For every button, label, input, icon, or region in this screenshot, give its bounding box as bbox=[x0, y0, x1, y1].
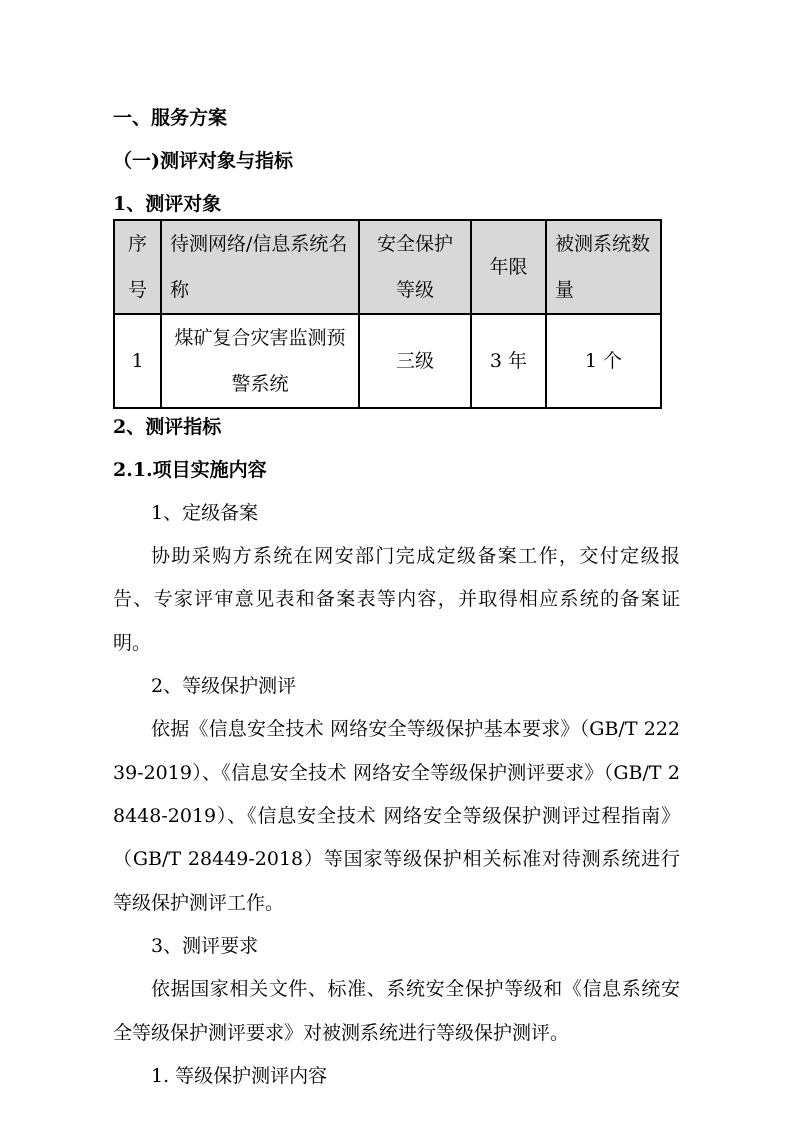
paragraph-evaluation-requirements: 依据国家相关文件、标准、系统安全保护等级和《信息系统安全等级保护测评要求》对被测… bbox=[113, 968, 680, 1055]
document-page: 一、服务方案 （一)测评对象与指标 1、测评对象 序号 待测网络/信息系统名称 … bbox=[0, 0, 793, 1122]
paragraph-graded-protection-evaluation: 依据《信息安全技术 网络安全等级保护基本要求》（GB/T 22239-2019）… bbox=[113, 708, 680, 925]
item-title-graded-protection-evaluation: 2、等级保护测评 bbox=[113, 665, 680, 708]
table-header-level: 安全保护等级 bbox=[359, 220, 471, 314]
heading-service-plan: 一、服务方案 bbox=[113, 97, 680, 140]
table-header-row: 序号 待测网络/信息系统名称 安全保护等级 年限 被测系统数量 bbox=[114, 220, 661, 314]
cell-seq: 1 bbox=[114, 314, 161, 408]
list-item-evaluation-content: 1. 等级保护测评内容 bbox=[113, 1055, 680, 1098]
cell-level: 三级 bbox=[359, 314, 471, 408]
item-title-evaluation-requirements: 3、测评要求 bbox=[113, 925, 680, 968]
heading-evaluation-indicators: 2、测评指标 bbox=[113, 406, 680, 449]
table-header-seq: 序号 bbox=[114, 220, 161, 314]
table-header-name: 待测网络/信息系统名称 bbox=[161, 220, 359, 314]
cell-years: 3 年 bbox=[471, 314, 546, 408]
cell-name: 煤矿复合灾害监测预警系统 bbox=[161, 314, 359, 408]
table-header-years: 年限 bbox=[471, 220, 546, 314]
table-header-count: 被测系统数量 bbox=[546, 220, 661, 314]
cell-count: 1 个 bbox=[546, 314, 661, 408]
paragraph-grading-filing: 协助采购方系统在网安部门完成定级备案工作，交付定级报告、专家评审意见表和备案表等… bbox=[113, 535, 680, 665]
heading-evaluation-objects-and-indicators: （一)测评对象与指标 bbox=[113, 140, 680, 183]
item-title-grading-filing: 1、定级备案 bbox=[113, 492, 680, 535]
heading-project-implementation: 2.1.项目实施内容 bbox=[113, 449, 680, 492]
table-row: 1 煤矿复合灾害监测预警系统 三级 3 年 1 个 bbox=[114, 314, 661, 408]
evaluation-objects-table: 序号 待测网络/信息系统名称 安全保护等级 年限 被测系统数量 1 煤矿复合灾害… bbox=[113, 219, 662, 409]
